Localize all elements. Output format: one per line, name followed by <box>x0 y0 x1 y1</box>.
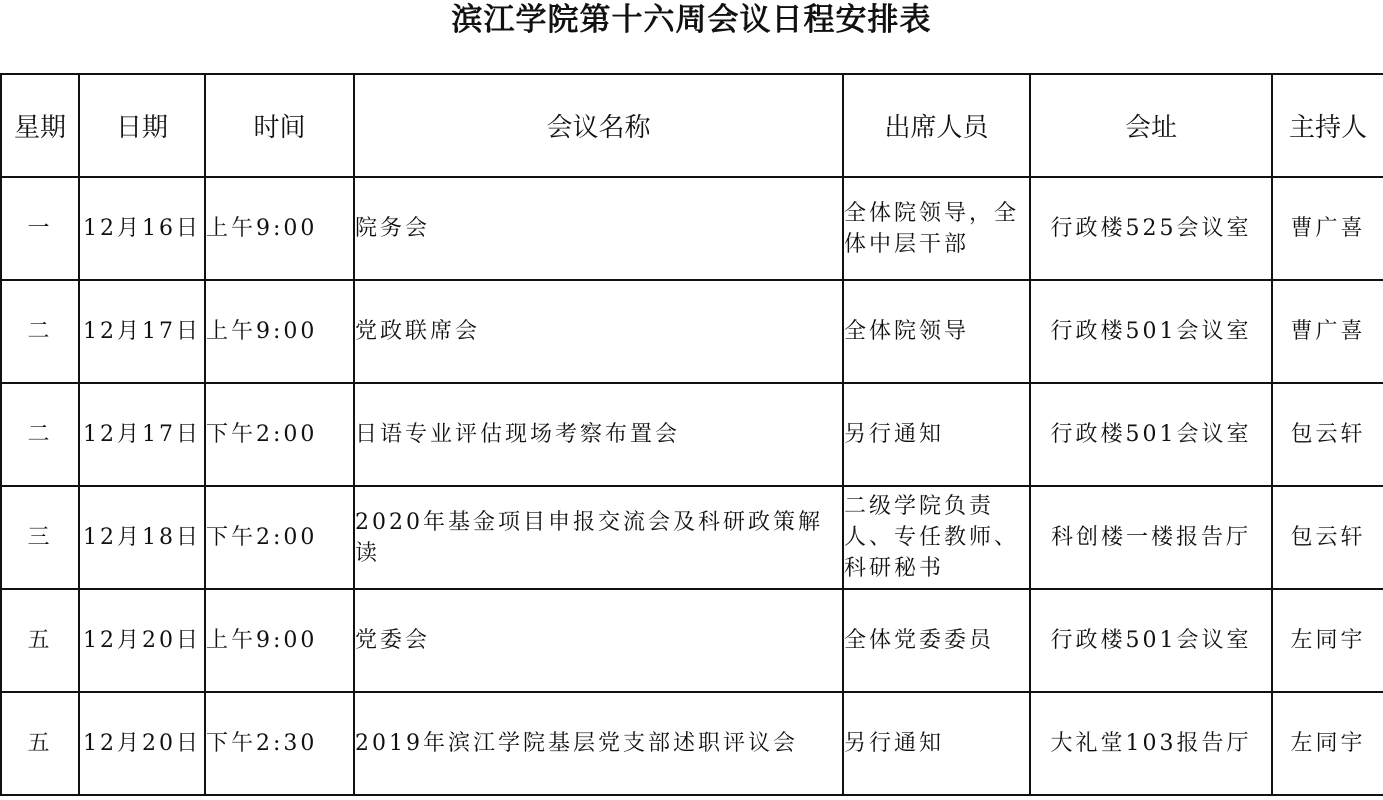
header-host: 主持人 <box>1272 74 1383 177</box>
cell-attendees: 全体党委委员 <box>843 589 1030 692</box>
cell-host: 曹广喜 <box>1272 177 1383 280</box>
cell-host: 包云轩 <box>1272 383 1383 486</box>
cell-date: 12月20日 <box>79 692 205 795</box>
cell-weekday: 一 <box>1 177 79 280</box>
cell-weekday: 五 <box>1 589 79 692</box>
header-time: 时间 <box>205 74 354 177</box>
table-header-row: 星期 日期 时间 会议名称 出席人员 会址 主持人 <box>1 74 1383 177</box>
header-attendees: 出席人员 <box>843 74 1030 177</box>
cell-time: 上午9:00 <box>205 280 354 383</box>
cell-date: 12月17日 <box>79 383 205 486</box>
cell-date: 12月20日 <box>79 589 205 692</box>
cell-attendees: 二级学院负责人、专任教师、科研秘书 <box>843 486 1030 589</box>
header-location: 会址 <box>1030 74 1272 177</box>
cell-weekday: 三 <box>1 486 79 589</box>
cell-date: 12月17日 <box>79 280 205 383</box>
table-row: 一 12月16日 上午9:00 院务会 全体院领导，全体中层干部 行政楼525会… <box>1 177 1383 280</box>
meeting-schedule-table: 星期 日期 时间 会议名称 出席人员 会址 主持人 一 12月16日 上午9:0… <box>0 73 1383 796</box>
cell-location: 科创楼一楼报告厅 <box>1030 486 1272 589</box>
cell-time: 下午2:00 <box>205 383 354 486</box>
cell-attendees: 全体院领导 <box>843 280 1030 383</box>
cell-weekday: 二 <box>1 280 79 383</box>
cell-meeting-name: 2019年滨江学院基层党支部述职评议会 <box>354 692 843 795</box>
cell-weekday: 五 <box>1 692 79 795</box>
cell-location: 行政楼501会议室 <box>1030 589 1272 692</box>
cell-meeting-name: 2020年基金项目申报交流会及科研政策解读 <box>354 486 843 589</box>
header-weekday: 星期 <box>1 74 79 177</box>
cell-time: 下午2:30 <box>205 692 354 795</box>
cell-weekday: 二 <box>1 383 79 486</box>
table-row: 五 12月20日 上午9:00 党委会 全体党委委员 行政楼501会议室 左同宇 <box>1 589 1383 692</box>
cell-meeting-name: 党委会 <box>354 589 843 692</box>
cell-meeting-name: 党政联席会 <box>354 280 843 383</box>
cell-date: 12月18日 <box>79 486 205 589</box>
header-meeting-name: 会议名称 <box>354 74 843 177</box>
cell-attendees: 另行通知 <box>843 692 1030 795</box>
cell-attendees: 另行通知 <box>843 383 1030 486</box>
table-row: 三 12月18日 下午2:00 2020年基金项目申报交流会及科研政策解读 二级… <box>1 486 1383 589</box>
table-row: 五 12月20日 下午2:30 2019年滨江学院基层党支部述职评议会 另行通知… <box>1 692 1383 795</box>
cell-host: 包云轩 <box>1272 486 1383 589</box>
cell-meeting-name: 日语专业评估现场考察布置会 <box>354 383 843 486</box>
cell-location: 行政楼525会议室 <box>1030 177 1272 280</box>
cell-time: 上午9:00 <box>205 177 354 280</box>
table-row: 二 12月17日 下午2:00 日语专业评估现场考察布置会 另行通知 行政楼50… <box>1 383 1383 486</box>
cell-location: 行政楼501会议室 <box>1030 280 1272 383</box>
cell-host: 曹广喜 <box>1272 280 1383 383</box>
document-title: 滨江学院第十六周会议日程安排表 <box>0 0 1383 40</box>
cell-meeting-name: 院务会 <box>354 177 843 280</box>
cell-attendees: 全体院领导，全体中层干部 <box>843 177 1030 280</box>
cell-date: 12月16日 <box>79 177 205 280</box>
cell-time: 下午2:00 <box>205 486 354 589</box>
cell-time: 上午9:00 <box>205 589 354 692</box>
cell-location: 大礼堂103报告厅 <box>1030 692 1272 795</box>
cell-host: 左同宇 <box>1272 589 1383 692</box>
header-date: 日期 <box>79 74 205 177</box>
cell-location: 行政楼501会议室 <box>1030 383 1272 486</box>
cell-host: 左同宇 <box>1272 692 1383 795</box>
table-row: 二 12月17日 上午9:00 党政联席会 全体院领导 行政楼501会议室 曹广… <box>1 280 1383 383</box>
